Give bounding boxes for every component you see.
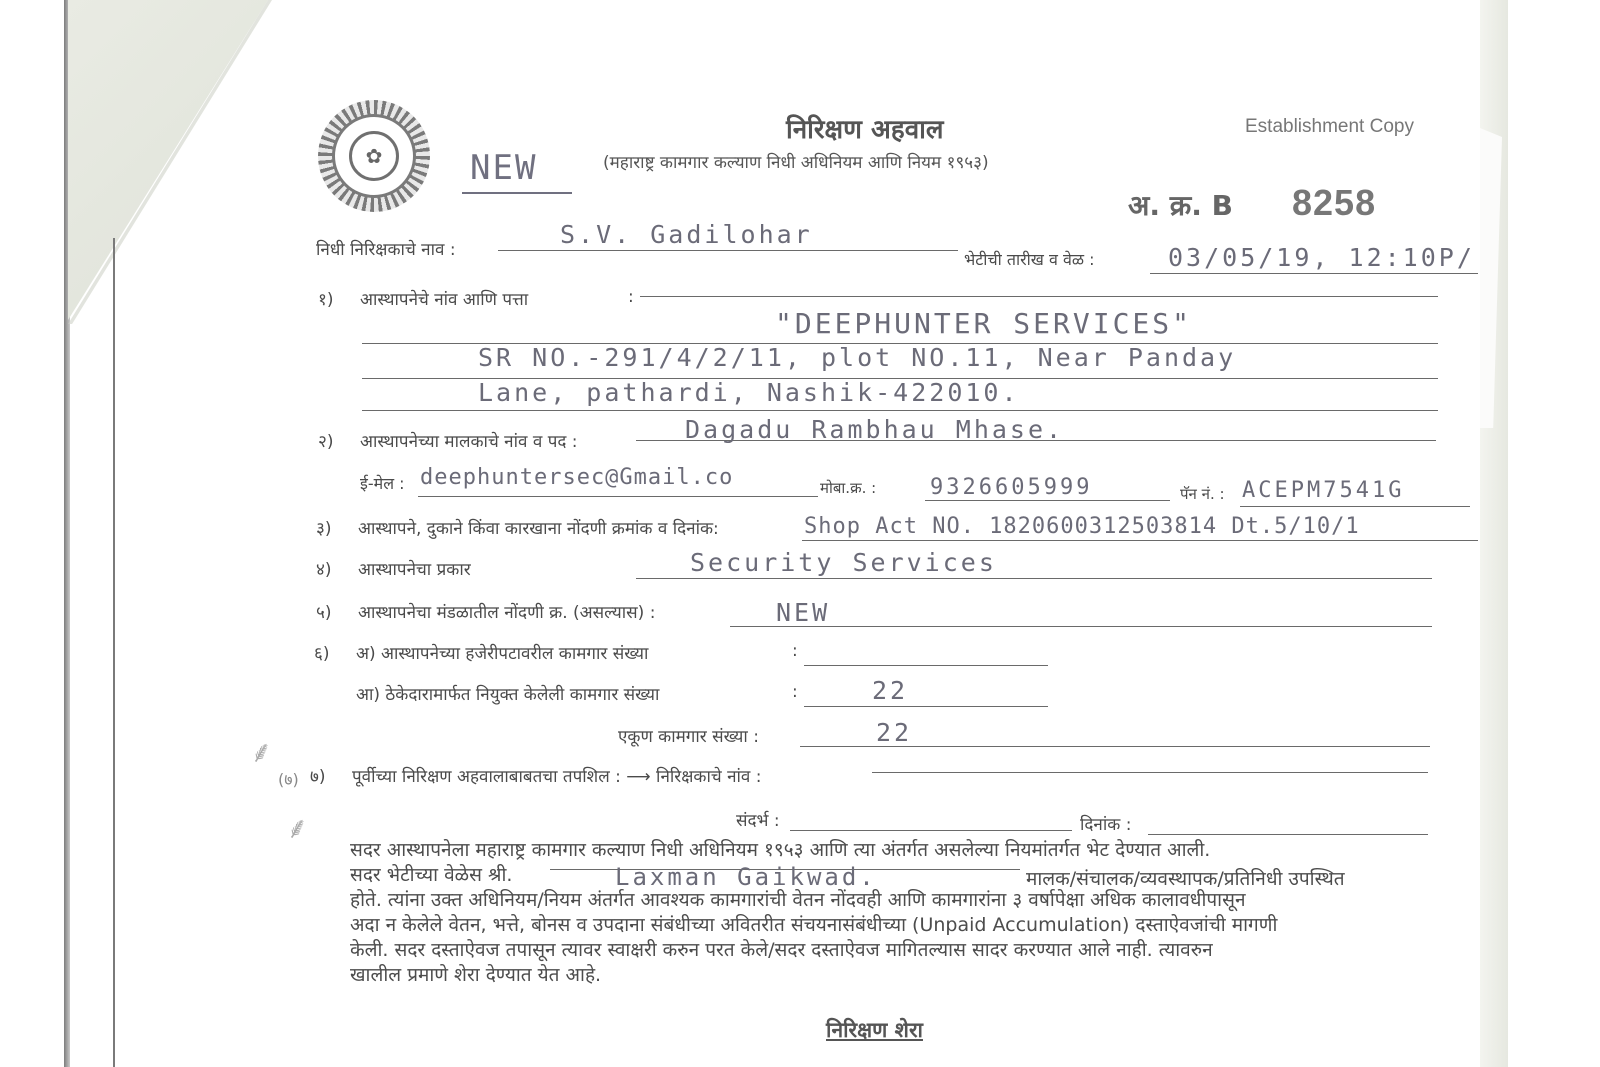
item-6b-line <box>804 706 1048 707</box>
item-6b-value: 22 <box>872 676 908 705</box>
mobile-label: मोबा.क्र. : <box>820 478 876 498</box>
board-registration-line <box>730 626 1432 627</box>
total-workers-label: एकूण कामगार संख्या : <box>618 724 759 747</box>
inspector-name-value: S.V. Gadilohar <box>560 220 813 249</box>
item-5-number: ५) <box>316 600 331 623</box>
email-line <box>418 496 818 497</box>
item-6a-label: अ) आस्थापनेच्या हजेरीपटावरील कामगार संख्… <box>356 641 648 664</box>
item-6a-separator: : <box>792 641 798 661</box>
pan-value: ACEPM7541G <box>1242 478 1404 503</box>
item-7-number: ७) <box>310 764 325 787</box>
mobile-value: 9326605999 <box>930 475 1092 500</box>
item-7-label: पूर्वीच्या निरिक्षण अहवालाबाबतचा तपशिल :… <box>352 764 762 787</box>
registration-value: Shop Act NO. 1820600312503814 Dt.5/10/1 <box>804 514 1360 539</box>
establishment-name: "DEEPHUNTER SERVICES" <box>775 307 1192 340</box>
item-1-label: आस्थापनेचे नांव आणि पत्ता <box>360 287 528 310</box>
remarks-heading: निरिक्षण शेरा <box>826 1016 923 1044</box>
pan-line <box>1240 506 1470 507</box>
visit-datetime-value: 03/05/19, 12:10P/ <box>1168 243 1475 272</box>
visit-datetime-line <box>1150 273 1478 274</box>
seal-ring: ✿ <box>332 114 416 198</box>
owner-name-value: Dagadu Rambhau Mhase. <box>685 415 1064 444</box>
statement-paragraph: सदर आस्थापनेला महाराष्ट्र कामगार कल्याण … <box>350 838 1430 988</box>
handwritten-new-mark: NEW <box>470 148 537 188</box>
item-6b-separator: : <box>792 682 798 702</box>
registration-line <box>802 540 1478 541</box>
seal-emblem: ✿ <box>349 131 399 181</box>
reference-line <box>790 830 1072 831</box>
establishment-type-line <box>636 578 1432 579</box>
email-value: deephuntersec@Gmail.co <box>420 465 733 490</box>
copy-type-label: Establishment Copy <box>1245 116 1414 138</box>
establishment-address-2: Lane, pathardi, Nashik-422010. <box>478 378 1020 407</box>
reference-label: संदर्भ : <box>736 808 780 831</box>
statement-line-2: सदर भेटीच्या वेळेस श्री. Laxman Gaikwad.… <box>350 863 1430 888</box>
inspector-name-line <box>498 250 958 251</box>
establishment-type-value: Security Services <box>690 548 997 577</box>
document-subtitle: (महाराष्ट्र कामगार कल्याण निधी अधिनियम आ… <box>603 150 989 173</box>
visit-datetime-label: भेटीची तारीख व वेळ : <box>964 248 1095 270</box>
reference-date-line <box>1148 834 1428 835</box>
margin-check-mark: ⸙ <box>250 730 273 771</box>
scan-background-right <box>1508 0 1600 1067</box>
pan-label: पॅन नं. : <box>1180 484 1225 504</box>
statement-line-6: खालील प्रमाणे शेरा देण्यात येत आहे. <box>350 963 1430 988</box>
item-6a-line <box>804 665 1048 666</box>
item-2-label: आस्थापनेच्या मालकाचे नांव व पद : <box>360 429 578 452</box>
page-margin-line <box>113 238 115 1067</box>
establishment-address-1: SR NO.-291/4/2/11, plot NO.11, Near Pand… <box>478 343 1236 372</box>
scan-background-left <box>0 0 66 1067</box>
item-2-number: २) <box>318 429 333 452</box>
email-label: ई-मेल : <box>360 472 405 494</box>
statement-line-5: केली. सदर दस्ताऐवज तपासून त्यावर स्वाक्ष… <box>350 938 1430 963</box>
item-1-number: १) <box>318 287 333 310</box>
folded-corner <box>68 0 268 320</box>
inspector-name-label: निधी निरिक्षकाचे नाव : <box>316 237 456 260</box>
statement-line-4: अदा न केलेले वेतन, भत्ते, बोनस व उपदाना … <box>350 913 1430 938</box>
present-roles-text: मालक/संचालक/व्यवस्थापक/प्रतिनिधी उपस्थित <box>1026 867 1345 892</box>
serial-number: 8258 <box>1292 182 1376 224</box>
government-seal-icon: ✿ <box>318 100 430 212</box>
new-mark-underline <box>462 192 572 194</box>
margin-check-mark-2: ⸙ <box>286 806 309 847</box>
mobile-line <box>925 500 1170 501</box>
board-registration-value: NEW <box>776 598 830 627</box>
item-4-number: ४) <box>316 557 331 580</box>
item-3-number: ३) <box>316 516 331 539</box>
document-title: निरिक्षण अहवाल <box>786 110 944 146</box>
item-6-number: ६) <box>314 641 329 664</box>
margin-note: (७) <box>278 768 299 790</box>
serial-number-label: अ. क्र. B <box>1128 186 1233 224</box>
total-workers-value: 22 <box>876 718 912 747</box>
statement-line-2-text: सदर भेटीच्या वेळेस श्री. <box>350 864 512 886</box>
item-4-label: आस्थापनेचा प्रकार <box>358 557 471 580</box>
item-3-label: आस्थापने, दुकाने किंवा कारखाना नोंदणी क्… <box>358 516 719 539</box>
statement-line-1: सदर आस्थापनेला महाराष्ट्र कामगार कल्याण … <box>350 838 1430 863</box>
item-5-label: आस्थापनेचा मंडळातील नोंदणी क्र. (असल्यास… <box>358 600 655 623</box>
previous-inspector-line <box>872 772 1428 773</box>
item-6b-label: आ) ठेकेदारामार्फत नियुक्त केलेली कामगार … <box>356 682 659 705</box>
item-1-line-0 <box>640 296 1438 297</box>
present-person-value: Laxman Gaikwad. <box>615 865 877 890</box>
reference-date-label: दिनांक : <box>1080 812 1131 835</box>
item-1-line-3 <box>362 410 1438 411</box>
item-1-separator: : <box>628 287 634 307</box>
